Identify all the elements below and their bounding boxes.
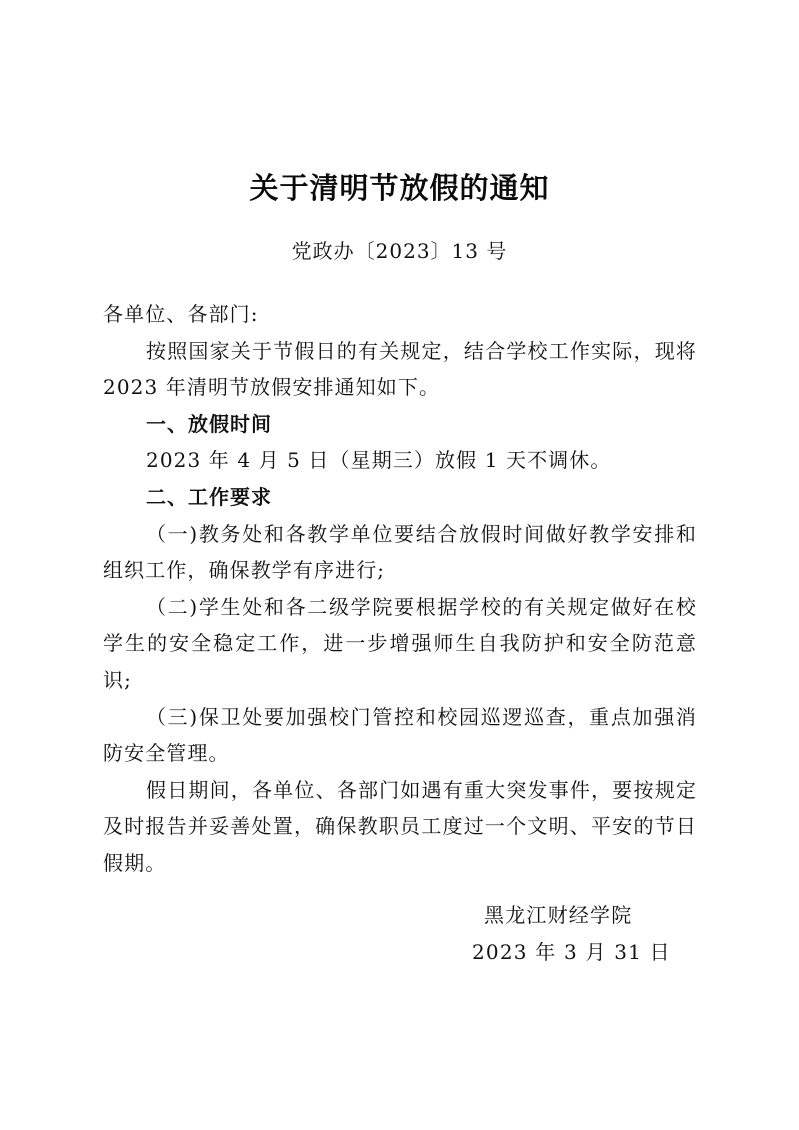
document-number: 党政办〔2023〕13 号 xyxy=(0,236,799,266)
requirement-item-1: （一)教务处和各教学单位要结合放假时间做好教学安排和组织工作，确保教学有序进行; xyxy=(103,516,697,589)
intro-paragraph: 按照国家关于节假日的有关规定，结合学校工作实际，现将2023 年清明节放假安排通… xyxy=(103,333,697,406)
section-heading-holiday-time: 一、放假时间 xyxy=(103,406,697,443)
salutation: 各单位、各部门: xyxy=(103,296,697,333)
requirement-item-2: （二)学生处和各二级学院要根据学校的有关规定做好在校学生的安全稳定工作，进一步增… xyxy=(103,589,697,699)
holiday-time-paragraph: 2023 年 4 月 5 日（星期三）放假 1 天不调休。 xyxy=(103,442,697,479)
document-body: 各单位、各部门: 按照国家关于节假日的有关规定，结合学校工作实际，现将2023 … xyxy=(103,296,697,882)
signature-block: 黑龙江财经学院 2023 年 3 月 31 日 xyxy=(472,897,672,970)
document-title: 关于清明节放假的通知 xyxy=(0,168,799,208)
signature-organization: 黑龙江财经学院 xyxy=(472,897,672,934)
signature-date: 2023 年 3 月 31 日 xyxy=(472,934,672,971)
document-page: 关于清明节放假的通知 党政办〔2023〕13 号 各单位、各部门: 按照国家关于… xyxy=(0,0,799,1130)
requirement-item-3: （三)保卫处要加强校门管控和校园巡逻巡查，重点加强消防安全管理。 xyxy=(103,699,697,772)
section-heading-work-requirements: 二、工作要求 xyxy=(103,479,697,516)
closing-paragraph: 假日期间，各单位、各部门如遇有重大突发事件，要按规定及时报告并妥善处置，确保教职… xyxy=(103,772,697,882)
